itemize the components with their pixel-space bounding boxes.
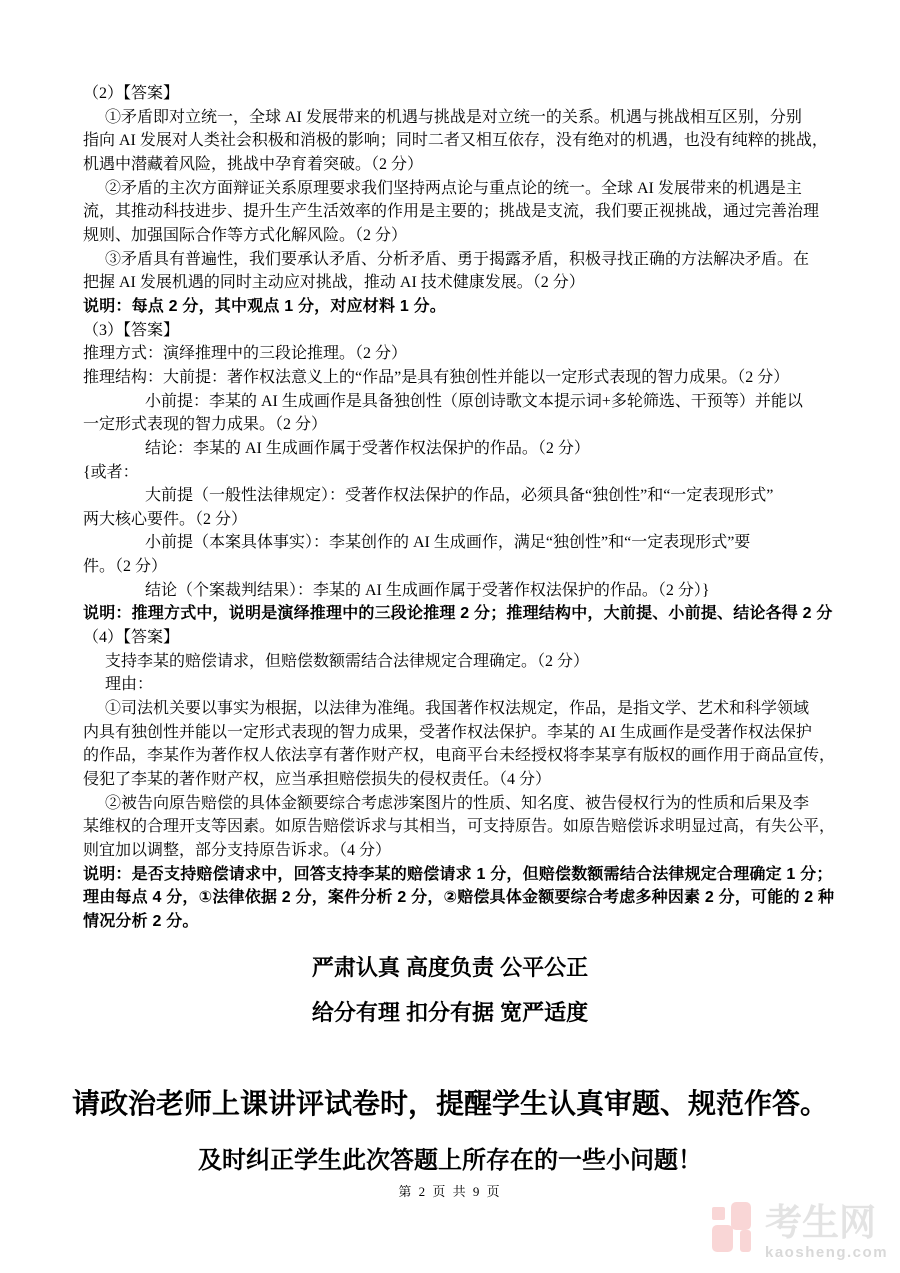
doc-line: 流，其推动科技进步、提升生产生活效率的作用是主要的；挑战是支流，我们要正视挑战，… bbox=[83, 200, 820, 224]
doc-line: ①矛盾即对立统一，全球 AI 发展带来的机遇与挑战是对立统一的关系。机遇与挑战相… bbox=[83, 106, 820, 130]
grading-note: 说明：推理方式中，说明是演绎推理中的三段论推理 2 分；推理结构中，大前提、小前… bbox=[83, 602, 820, 626]
doc-line: 一定形式表现的智力成果。（2 分） bbox=[83, 413, 820, 437]
doc-line: {或者： bbox=[83, 461, 820, 485]
doc-line: 内具有独创性并能以一定形式表现的智力成果，受著作权法保护。李某的 AI 生成画作… bbox=[83, 721, 820, 745]
grading-slogan-2: 给分有理 扣分有据 宽严适度 bbox=[0, 996, 900, 1027]
doc-line: 的作品，李某作为著作权人依法享有著作财产权，电商平台未经授权将李某享有版权的画作… bbox=[83, 744, 820, 768]
grading-note: 说明：是否支持赔偿请求中，回答支持李某的赔偿请求 1 分，但赔偿数额需结合法律规… bbox=[83, 863, 820, 887]
kaosheng-watermark: 考生网 kaosheng.com bbox=[712, 1202, 888, 1261]
teacher-notice-line-1: 请政治老师上课讲评试卷时，提醒学生认真审题、规范作答。 bbox=[0, 1082, 900, 1122]
doc-line: 把握 AI 发展机遇的同时主动应对挑战，推动 AI 技术健康发展。（2 分） bbox=[83, 271, 820, 295]
doc-line: 规则、加强国际合作等方式化解风险。（2 分） bbox=[83, 224, 820, 248]
teacher-notice-line-2: 及时纠正学生此次答题上所存在的一些小问题！ bbox=[0, 1140, 900, 1175]
answer-2-heading: （2）【答案】 bbox=[83, 82, 820, 106]
grading-note: 情况分析 2 分。 bbox=[83, 910, 820, 934]
doc-line: 理由： bbox=[83, 673, 820, 697]
doc-line: 某维权的合理开支等因素。如原告赔偿诉求与其相当，可支持原告。如原告赔偿诉求明显过… bbox=[83, 815, 820, 839]
grading-note: 说明：每点 2 分，其中观点 1 分，对应材料 1 分。 bbox=[83, 295, 820, 319]
doc-line: 推理结构：大前提：著作权法意义上的“作品”是具有独创性并能以一定形式表现的智力成… bbox=[83, 366, 820, 390]
doc-line: 支持李某的赔偿请求，但赔偿数额需结合法律规定合理确定。（2 分） bbox=[83, 650, 820, 674]
doc-line: ②矛盾的主次方面辩证关系原理要求我们坚持两点论与重点论的统一。全球 AI 发展带… bbox=[83, 177, 820, 201]
doc-line: 两大核心要件。（2 分） bbox=[83, 508, 820, 532]
doc-line: 小前提（本案具体事实）：李某创作的 AI 生成画作，满足“独创性”和“一定表现形… bbox=[83, 531, 820, 555]
answer-4-heading: （4）【答案】 bbox=[83, 626, 820, 650]
grading-slogan-1: 严肃认真 高度负责 公平公正 bbox=[0, 951, 900, 982]
doc-line: 则宜加以调整，部分支持原告诉求。（4 分） bbox=[83, 839, 820, 863]
doc-line: 大前提（一般性法律规定）：受著作权法保护的作品，必须具备“独创性”和“一定表现形… bbox=[83, 484, 820, 508]
doc-line: 结论（个案裁判结果）：李某的 AI 生成画作属于受著作权法保护的作品。（2 分）… bbox=[83, 579, 820, 603]
doc-line: 小前提：李某的 AI 生成画作是具备独创性（原创诗歌文本提示词+多轮筛选、干预等… bbox=[83, 390, 820, 414]
doc-line: 机遇中潜藏着风险，挑战中孕育着突破。（2 分） bbox=[83, 153, 820, 177]
doc-line: 侵犯了李某的著作财产权，应当承担赔偿损失的侵权责任。（4 分） bbox=[83, 768, 820, 792]
answer-3-heading: （3）【答案】 bbox=[83, 319, 820, 343]
doc-line: 推理方式：演绎推理中的三段论推理。（2 分） bbox=[83, 342, 820, 366]
watermark-brand-name: 考生网 bbox=[765, 1203, 888, 1243]
doc-line: 指向 AI 发展对人类社会积极和消极的影响；同时二者又相互依存，没有绝对的机遇，… bbox=[83, 129, 820, 153]
watermark-domain: kaosheng.com bbox=[765, 1244, 888, 1261]
grading-note: 理由每点 4 分，①法律依据 2 分，案件分析 2 分，②赔偿具体金额要综合考虑… bbox=[83, 886, 820, 910]
page-number-footer: 第 2 页 共 9 页 bbox=[0, 1181, 900, 1200]
doc-line: ③矛盾具有普遍性，我们要承认矛盾、分析矛盾、勇于揭露矛盾，积极寻找正确的方法解决… bbox=[83, 248, 820, 272]
document-page: （2）【答案】 ①矛盾即对立统一，全球 AI 发展带来的机遇与挑战是对立统一的关… bbox=[0, 0, 900, 1273]
kaosheng-logo-icon bbox=[712, 1202, 754, 1253]
doc-line: ①司法机关要以事实为根据，以法律为准绳。我国著作权法规定，作品，是指文学、艺术和… bbox=[83, 697, 820, 721]
doc-line: 件。（2 分） bbox=[83, 555, 820, 579]
watermark-text: 考生网 kaosheng.com bbox=[765, 1202, 888, 1261]
answer-key-body: （2）【答案】 ①矛盾即对立统一，全球 AI 发展带来的机遇与挑战是对立统一的关… bbox=[83, 82, 820, 934]
doc-line: 结论：李某的 AI 生成画作属于受著作权法保护的作品。（2 分） bbox=[83, 437, 820, 461]
doc-line: ②被告向原告赔偿的具体金额要综合考虑涉案图片的性质、知名度、被告侵权行为的性质和… bbox=[83, 792, 820, 816]
